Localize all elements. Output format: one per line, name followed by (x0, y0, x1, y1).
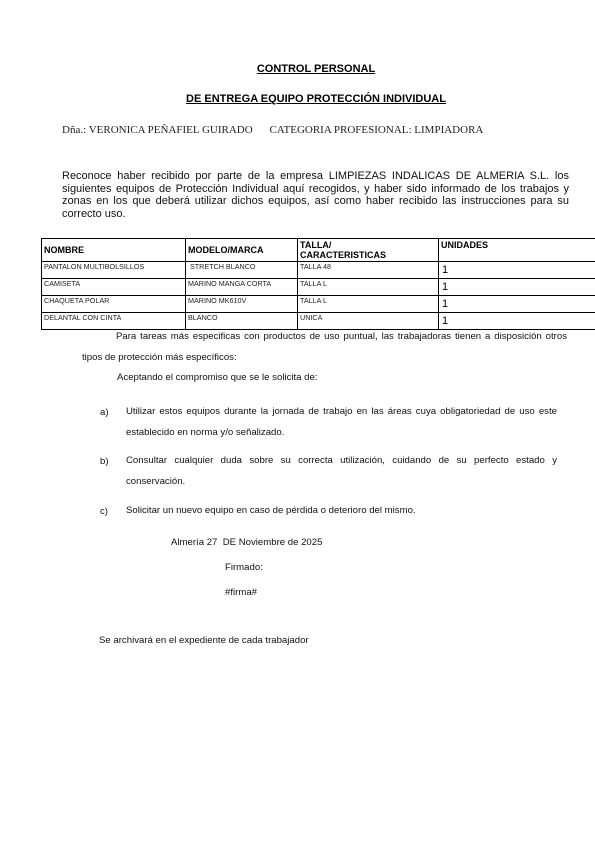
equipment-table: NOMBRE MODELO/MARCA TALLA/ CARACTERISTIC… (41, 238, 595, 330)
signature-placeholder: #firma# (225, 587, 257, 598)
cell-size: TALLA 48 (298, 262, 439, 279)
cell-units: 1 (439, 279, 595, 296)
category-label: CATEGORIA PROFESIONAL: (269, 124, 411, 136)
document-subtitle: DE ENTREGA EQUIPO PROTECCIÓN INDIVIDUAL (0, 93, 595, 105)
header-size: TALLA/ CARACTERISTICAS (298, 239, 439, 262)
table-row: CHAQUETA POLAR MARINO MK610V TALLA L 1 (42, 296, 595, 313)
tasks-paragraph: Para tareas más especificas con producto… (82, 327, 567, 368)
date-line: Almería 27 DE Noviembre de 2025 (171, 537, 322, 548)
commitment-text: Consultar cualquier duda sobre su correc… (126, 451, 557, 492)
cell-name: CAMISETA (42, 279, 186, 296)
employee-name: VERONICA PEÑAFIEL GUIRADO (89, 124, 253, 136)
tasks-paragraph-text: Para tareas más especificas con producto… (82, 331, 567, 363)
commitment-marker: c) (100, 506, 108, 517)
cell-name: CHAQUETA POLAR (42, 296, 186, 313)
cell-model: MARINO MANGA CORTA (186, 279, 298, 296)
intro-paragraph: Reconoce haber recibido por parte de la … (62, 170, 569, 220)
commitment-marker: b) (100, 456, 109, 467)
commitment-text: Utilizar estos equipos durante la jornad… (126, 402, 557, 443)
acceptance-line: Aceptando el compromiso que se le solici… (117, 372, 318, 383)
cell-size: TALLA L (298, 279, 439, 296)
cell-model: STRETCH BLANCO (186, 262, 298, 279)
cell-units: 1 (439, 296, 595, 313)
cell-units: 1 (439, 262, 595, 279)
table-header-row: NOMBRE MODELO/MARCA TALLA/ CARACTERISTIC… (42, 239, 595, 262)
header-size-line2: CARACTERISTICAS (300, 250, 386, 260)
header-model: MODELO/MARCA (186, 239, 298, 262)
archive-note: Se archivará en el expediente de cada tr… (99, 635, 309, 646)
document-title: CONTROL PERSONAL (0, 63, 595, 75)
cell-model: MARINO MK610V (186, 296, 298, 313)
commitment-marker: a) (100, 407, 109, 418)
cell-name: PANTALON MULTIBOLSILLOS (42, 262, 186, 279)
commitment-text: Solicitar un nuevo equipo en caso de pér… (126, 501, 557, 522)
table-row: CAMISETA MARINO MANGA CORTA TALLA L 1 (42, 279, 595, 296)
header-size-line1: TALLA/ (300, 240, 331, 250)
header-name: NOMBRE (42, 239, 186, 262)
table-row: PANTALON MULTIBOLSILLOS STRETCH BLANCO T… (42, 262, 595, 279)
category-value: LIMPIADORA (414, 124, 483, 136)
header-units: UNIDADES (439, 239, 595, 262)
employee-label: Dña.: (62, 124, 86, 136)
signed-label: Firmado: (225, 562, 263, 573)
cell-size: TALLA L (298, 296, 439, 313)
employee-line: Dña.: VERONICA PEÑAFIEL GUIRADO CATEGORI… (62, 124, 483, 136)
